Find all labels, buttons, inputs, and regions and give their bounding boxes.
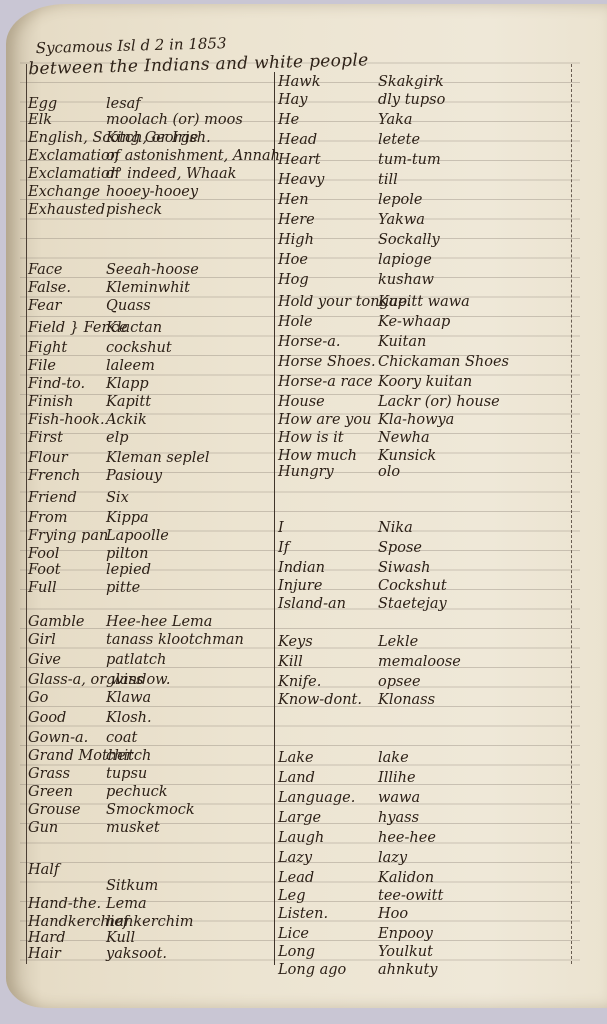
chinook-word: musket [106,820,160,836]
english-word: Hole [278,314,313,330]
vocabulary-entry: FearQuass [28,298,276,318]
chinook-word: lazy [378,850,407,866]
english-word: Fool [28,546,59,562]
chinook-word: Kleman seplel [106,450,210,466]
english-word: Exhausted [28,202,105,218]
english-word: Hawk [278,74,321,90]
vocabulary-entry: Fish-hook.Ackik [28,412,276,432]
chinook-word: tupsu [106,766,147,782]
english-word: Fight [28,340,67,356]
chinook-word: lepied [106,562,151,578]
english-word: Lead [278,870,314,886]
english-word: Hen [278,192,309,208]
chinook-word: Youlkut [378,944,433,960]
english-word: Lice [278,926,309,942]
english-word: Lake [278,750,314,766]
chinook-word: lapioge [378,252,432,268]
chinook-word: Klonass [378,692,435,708]
chinook-word: kushaw [378,272,434,288]
english-word: Laugh [278,830,324,846]
chinook-word: Chickaman Shoes [378,354,509,370]
chinook-word: coat [106,730,137,746]
chinook-word: moolach (or) moos [106,112,243,128]
chinook-word: Spose [378,540,422,556]
english-word: Girl [28,632,56,648]
english-word: Hog [278,272,309,288]
english-word: Long [278,944,315,960]
chinook-word: Hoo [378,906,408,922]
vocabulary-entry: Exclamationof astonishment, Annah [28,148,276,168]
vocabulary-entry: LeadKalidon [278,870,578,890]
english-word: Hard [28,930,66,946]
vocabulary-entry: GrouseSmockmock [28,802,276,822]
english-word: Hand-the. [28,896,101,912]
chinook-word: dly tupso [378,92,445,108]
chinook-word: Sitkum [106,878,158,894]
vocabulary-entry: HoleKe-whaap [278,314,578,334]
vocabulary-entry: How are youKla-howya [278,412,578,432]
vocabulary-entry: HawkSkakgirk [278,74,578,94]
english-word: Friend [28,490,77,506]
chinook-word: lake [378,750,409,766]
english-word: Horse-a race [278,374,373,390]
english-word: Grouse [28,802,81,818]
vocabulary-entry: Lakelake [278,750,578,770]
vocabulary-entry: Footlepied [28,562,276,582]
chinook-word: of astonishment, Annah [106,148,280,164]
chinook-word: ahnkuty [378,962,437,978]
vocabulary-entry: Heavytill [278,172,578,192]
english-word: Go [28,690,48,706]
vocabulary-entry: Sitkum [28,878,276,898]
chinook-word: Nika [378,520,413,536]
vocabulary-entry: HighSockally [278,232,578,252]
chinook-word: yaksoot. [106,946,167,962]
chinook-word: Klactan [106,320,162,336]
english-word: Green [28,784,73,800]
vocabulary-entry: Laughhee-hee [278,830,578,850]
chinook-word: d° indeed, Whaak [106,166,236,182]
english-word: Lazy [278,850,312,866]
chinook-word: Lekle [378,634,418,650]
vocabulary-entry: Greenpechuck [28,784,276,804]
english-word: Gun [28,820,58,836]
vocabulary-entry: Knife.opsee [278,674,578,694]
english-word: Hair [28,946,61,962]
english-word: Exchange [28,184,100,200]
chinook-word: Lackr (or) house [378,394,500,410]
english-word: Indian [278,560,325,576]
vocabulary-entry: Island-anStaetejay [278,596,578,616]
chinook-word: laleem [106,358,155,374]
chinook-word: Pasiouy [106,468,162,484]
english-word: Head [278,132,317,148]
vocabulary-entry: Horse Shoes.Chickaman Shoes [278,354,578,374]
chinook-word: Lapoolle [106,528,169,544]
vocabulary-entry: HouseLackr (or) house [278,394,578,414]
vocabulary-entry: Language.wawa [278,790,578,810]
vocabulary-entry: Firstelp [28,430,276,450]
english-word: Leg [278,888,306,904]
chinook-word: Kalidon [378,870,434,886]
chinook-word: tum-tum [378,152,441,168]
english-word: Hoe [278,252,308,268]
chinook-word: till [378,172,398,188]
english-word: Heart [278,152,321,168]
english-word: Give [28,652,61,668]
english-word: High [278,232,314,248]
vocabulary-entry: Fullpitte [28,580,276,600]
english-word: Here [278,212,315,228]
vocabulary-entry: Girltanass klootchman [28,632,276,652]
english-word: Half [28,862,59,878]
vocabulary-entry: Hairyaksoot. [28,946,276,966]
vocabulary-entry: Know-dont.Klonass [278,692,578,712]
english-word: Large [278,810,321,826]
chinook-word: Smockmock [106,802,195,818]
chinook-word: letete [378,132,420,148]
chinook-word: King George [106,130,198,146]
vocabulary-entry: Haydly tupso [278,92,578,112]
chinook-word: Kuitan [378,334,426,350]
chinook-word: lepole [378,192,422,208]
chinook-word: opsee [378,674,421,690]
chinook-word: Lema [106,896,147,912]
english-word: Horse-a. [278,334,340,350]
english-word: If [278,540,289,556]
vocabulary-entry: KeysLekle [278,634,578,654]
chinook-word: lesaf [106,96,141,112]
english-word: Foot [28,562,61,578]
chinook-word: tee-owitt [378,888,443,904]
vocabulary-entry: Henlepole [278,192,578,212]
vocabulary-entry: Find-to.Klapp [28,376,276,396]
chinook-word: Ackik [106,412,147,428]
english-word: Fear [28,298,61,314]
vocabulary-entry: Horse-a raceKoory kuitan [278,374,578,394]
english-word: Listen. [278,906,328,922]
vocabulary-entry: LiceEnpooy [278,926,578,946]
chinook-word: tanass klootchman [106,632,244,648]
english-word: Face [28,262,62,278]
chinook-word: Kull [106,930,135,946]
chinook-word: patlatch [106,652,166,668]
english-word: Glass-a, or window. [28,672,170,688]
english-word: File [28,358,56,374]
vocabulary-entry: Frying panLapoolle [28,528,276,548]
vocabulary-entry: LandIllihe [278,770,578,790]
chinook-word: pisheck [106,202,162,218]
english-word: How is it [278,430,344,446]
chinook-word: chitch [106,748,151,764]
english-word: Frying pan [28,528,108,544]
vocabulary-entry: IndianSiwash [278,560,578,580]
english-word: Flour [28,450,68,466]
chinook-word: memaloose [378,654,461,670]
vocabulary-entry: Horse-a.Kuitan [278,334,578,354]
vocabulary-entry: Hold your tongue.Kapitt wawa [278,294,578,314]
vocabulary-entry: Exchangehooey-hooey [28,184,276,204]
chinook-word: Klosh. [106,710,152,726]
chinook-word: Kleminwhit [106,280,190,296]
vocabulary-entry: How is itNewha [278,430,578,450]
vocabulary-entry: Field } FenceKlactan [28,320,276,340]
vocabulary-entry: Givepatlatch [28,652,276,672]
vocabulary-entry: HeYaka [278,112,578,132]
english-word: Hay [278,92,307,108]
vocabulary-entry: Elkmoolach (or) moos [28,112,276,132]
vocabulary-entry: Exclamationd° indeed, Whaak [28,166,276,186]
english-word: Good [28,710,66,726]
vocabulary-entry: Hungryolo [278,464,578,484]
vocabulary-entry: HereYakwa [278,212,578,232]
english-word: I [278,520,284,536]
vocabulary-entry: FinishKapitt [28,394,276,414]
vocabulary-entry: INika [278,520,578,540]
vocabulary-entry: FlourKleman seplel [28,450,276,470]
vocabulary-entry: GoKlawa [28,690,276,710]
english-word: From [28,510,67,526]
chinook-word: Kippa [106,510,149,526]
vocabulary-entry: Grasstupsu [28,766,276,786]
vocabulary-entry: Gown-a.coat [28,730,276,750]
vocabulary-entry: Legtee-owitt [278,888,578,908]
english-word: Long ago [278,962,346,978]
english-word: Fish-hook. [28,412,105,428]
english-word: Full [28,580,57,596]
english-word: First [28,430,63,446]
english-word: French [28,468,80,484]
english-word: Language. [278,790,355,806]
vocabulary-entry: Hogkushaw [278,272,578,292]
english-word: Hungry [278,464,334,480]
chinook-word: Kunsick [378,448,436,464]
chinook-word: hankerchim [106,914,193,930]
chinook-word: elp [106,430,129,446]
vocabulary-entry: Hoelapioge [278,252,578,272]
chinook-word: Yaka [378,112,413,128]
english-word: Kill [278,654,303,670]
vocabulary-entry: Fightcockshut [28,340,276,360]
chinook-word: Ke-whaap [378,314,450,330]
english-word: Egg [28,96,57,112]
english-word: How are you [278,412,371,428]
vocabulary-entry: Gunmusket [28,820,276,840]
vocabulary-entry: Listen.Hoo [278,906,578,926]
chinook-word: Kapitt wawa [378,294,470,310]
vocabulary-entry: Grand Motherchitch [28,748,276,768]
chinook-word: Illihe [378,770,416,786]
chinook-word: Enpooy [378,926,433,942]
chinook-word: pitte [106,580,140,596]
english-word: Grass [28,766,70,782]
chinook-word: Skakgirk [378,74,444,90]
vocabulary-entry: Lazylazy [278,850,578,870]
vocabulary-entry: FriendSix [28,490,276,510]
vocabulary-entry: Long agoahnkuty [278,962,578,982]
chinook-word: Kla-howya [378,412,454,428]
chinook-word: wawa [378,790,420,806]
vocabulary-entry: InjureCockshut [278,578,578,598]
chinook-word: Quass [106,298,151,314]
chinook-word: pechuck [106,784,168,800]
chinook-word: Hee-hee Lema [106,614,212,630]
english-word: Horse Shoes. [278,354,376,370]
chinook-word: Newha [378,430,430,446]
english-word: Heavy [278,172,324,188]
vocabulary-entry: Exhaustedpisheck [28,202,276,222]
chinook-word: hee-hee [378,830,436,846]
vocabulary-entry: Glass-a, or window.glass [28,672,276,692]
chinook-word: cockshut [106,340,172,356]
english-word: How much [278,448,357,464]
english-word: Keys [278,634,313,650]
english-word: House [278,394,325,410]
english-word: Gown-a. [28,730,88,746]
vocabulary-entry: Hand-the.Lema [28,896,276,916]
chinook-word: Seeah-hoose [106,262,199,278]
chinook-word: Klapp [106,376,149,392]
english-word: Know-dont. [278,692,362,708]
english-word: Knife. [278,674,321,690]
english-word: Elk [28,112,52,128]
vocabulary-entry: FromKippa [28,510,276,530]
chinook-word: Staetejay [378,596,447,612]
vocabulary-entry: FrenchPasiouy [28,468,276,488]
vocabulary-entry: GambleHee-hee Lema [28,614,276,634]
vocabulary-entry: FaceSeeah-hoose [28,262,276,282]
english-word: Land [278,770,315,786]
english-word: False. [28,280,71,296]
chinook-word: pilton [106,546,148,562]
english-word: Gamble [28,614,84,630]
vocabulary-entry: English, Scotch, or Irish.King George [28,130,276,150]
chinook-word: Yakwa [378,212,425,228]
vocabulary-entry: Filelaleem [28,358,276,378]
vocabulary-entry: Killmemaloose [278,654,578,674]
chinook-word: Kapitt [106,394,151,410]
chinook-word: hooey-hooey [106,184,198,200]
english-word: Finish [28,394,73,410]
chinook-word: Six [106,490,129,506]
vocabulary-entry: IfSpose [278,540,578,560]
chinook-word: Sockally [378,232,440,248]
english-word: He [278,112,299,128]
english-word: Injure [278,578,322,594]
vocabulary-entry: Largehyass [278,810,578,830]
vocabulary-entry: Hearttum-tum [278,152,578,172]
vocabulary-entry: GoodKlosh. [28,710,276,730]
chinook-word: glass [106,672,143,688]
vocabulary-entry: LongYoulkut [278,944,578,964]
vocabulary-entry: Headletete [278,132,578,152]
chinook-word: olo [378,464,400,480]
english-word: Find-to. [28,376,85,392]
chinook-word: Cockshut [378,578,447,594]
chinook-word: Koory kuitan [378,374,472,390]
chinook-word: Siwash [378,560,430,576]
chinook-word: hyass [378,810,419,826]
chinook-word: Klawa [106,690,151,706]
notebook-page: Sycamous Isl d 2 in 1853 between the Ind… [6,4,607,1008]
english-word: Island-an [278,596,346,612]
vocabulary-entry: False.Kleminwhit [28,280,276,300]
